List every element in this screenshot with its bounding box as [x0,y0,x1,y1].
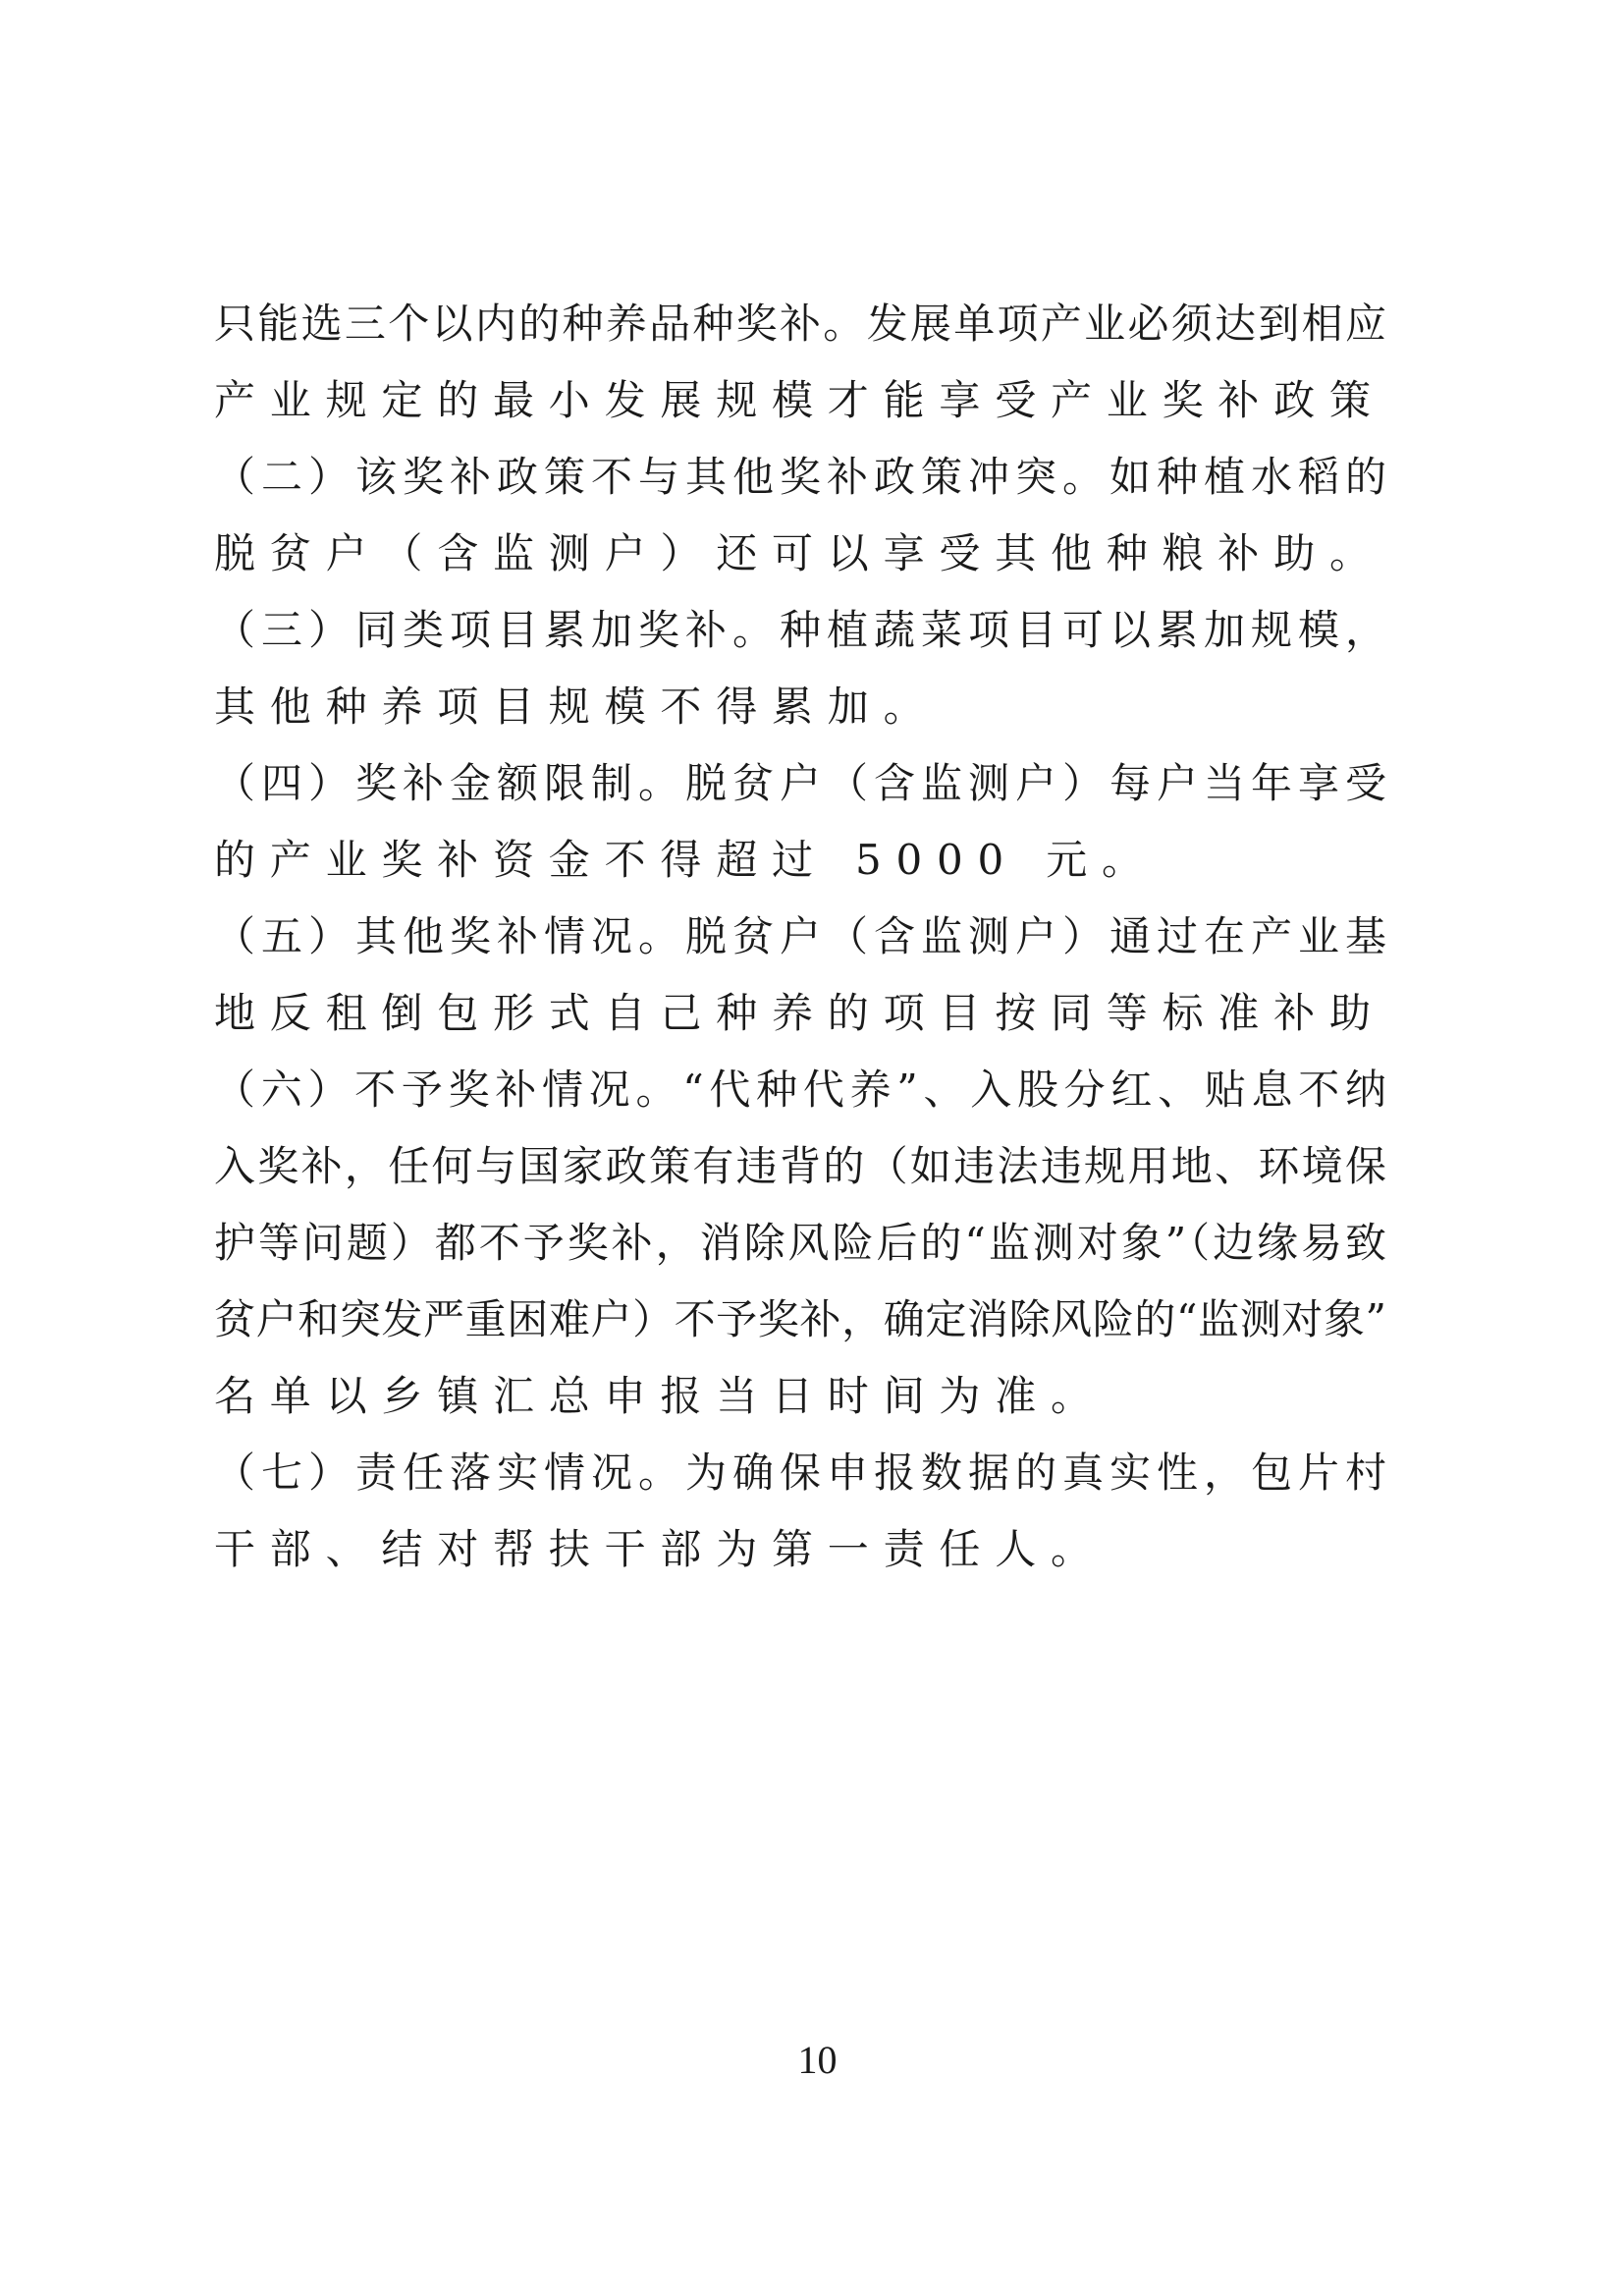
text-line: 干部、结对帮扶干部为第一责任人。 [214,1511,1386,1588]
text-line: 只能选三个以内的种养品种奖补。发展单项产业必须达到相应 [214,286,1386,362]
text-line: 的产业奖补资金不得超过 5000 元。 [214,822,1386,899]
paragraph-item-7-line: （七）责任落实情况。为确保申报数据的真实性，包片村 [214,1435,1386,1511]
paragraph-item-2-line: （二）该奖补政策不与其他奖补政策冲突。如种植水稻的 [214,439,1386,516]
body-text: 只能选三个以内的种养品种奖补。发展单项产业必须达到相应 产业规定的最小发展规模才… [214,286,1386,1588]
page-number: 10 [0,2037,1623,2084]
paragraph-item-4-line: （四）奖补金额限制。脱贫户（含监测户）每户当年享受 [214,745,1386,822]
text-line: 脱贫户（含监测户）还可以享受其他种粮补助。 [214,516,1386,592]
text-line: 地反租倒包形式自己种养的项目按同等标准补助。 [214,975,1386,1052]
document-page: 只能选三个以内的种养品种奖补。发展单项产业必须达到相应 产业规定的最小发展规模才… [0,0,1623,2296]
text-line: 名单以乡镇汇总申报当日时间为准。 [214,1358,1386,1435]
text-line: 产业规定的最小发展规模才能享受产业奖补政策。 [214,362,1386,439]
text-line: 其他种养项目规模不得累加。 [214,669,1386,745]
paragraph-item-6-line: （六）不予奖补情况。“代种代养”、入股分红、贴息不纳 [214,1052,1386,1128]
paragraph-item-5-line: （五）其他奖补情况。脱贫户（含监测户）通过在产业基 [214,899,1386,975]
text-line: 贫户和突发严重困难户）不予奖补，确定消除风险的“监测对象” [214,1282,1386,1358]
text-line: 护等问题）都不予奖补，消除风险后的“监测对象”（边缘易致 [214,1205,1386,1282]
text-line: 入奖补，任何与国家政策有违背的（如违法违规用地、环境保 [214,1128,1386,1205]
paragraph-item-3-line: （三）同类项目累加奖补。种植蔬菜项目可以累加规模， [214,592,1386,669]
